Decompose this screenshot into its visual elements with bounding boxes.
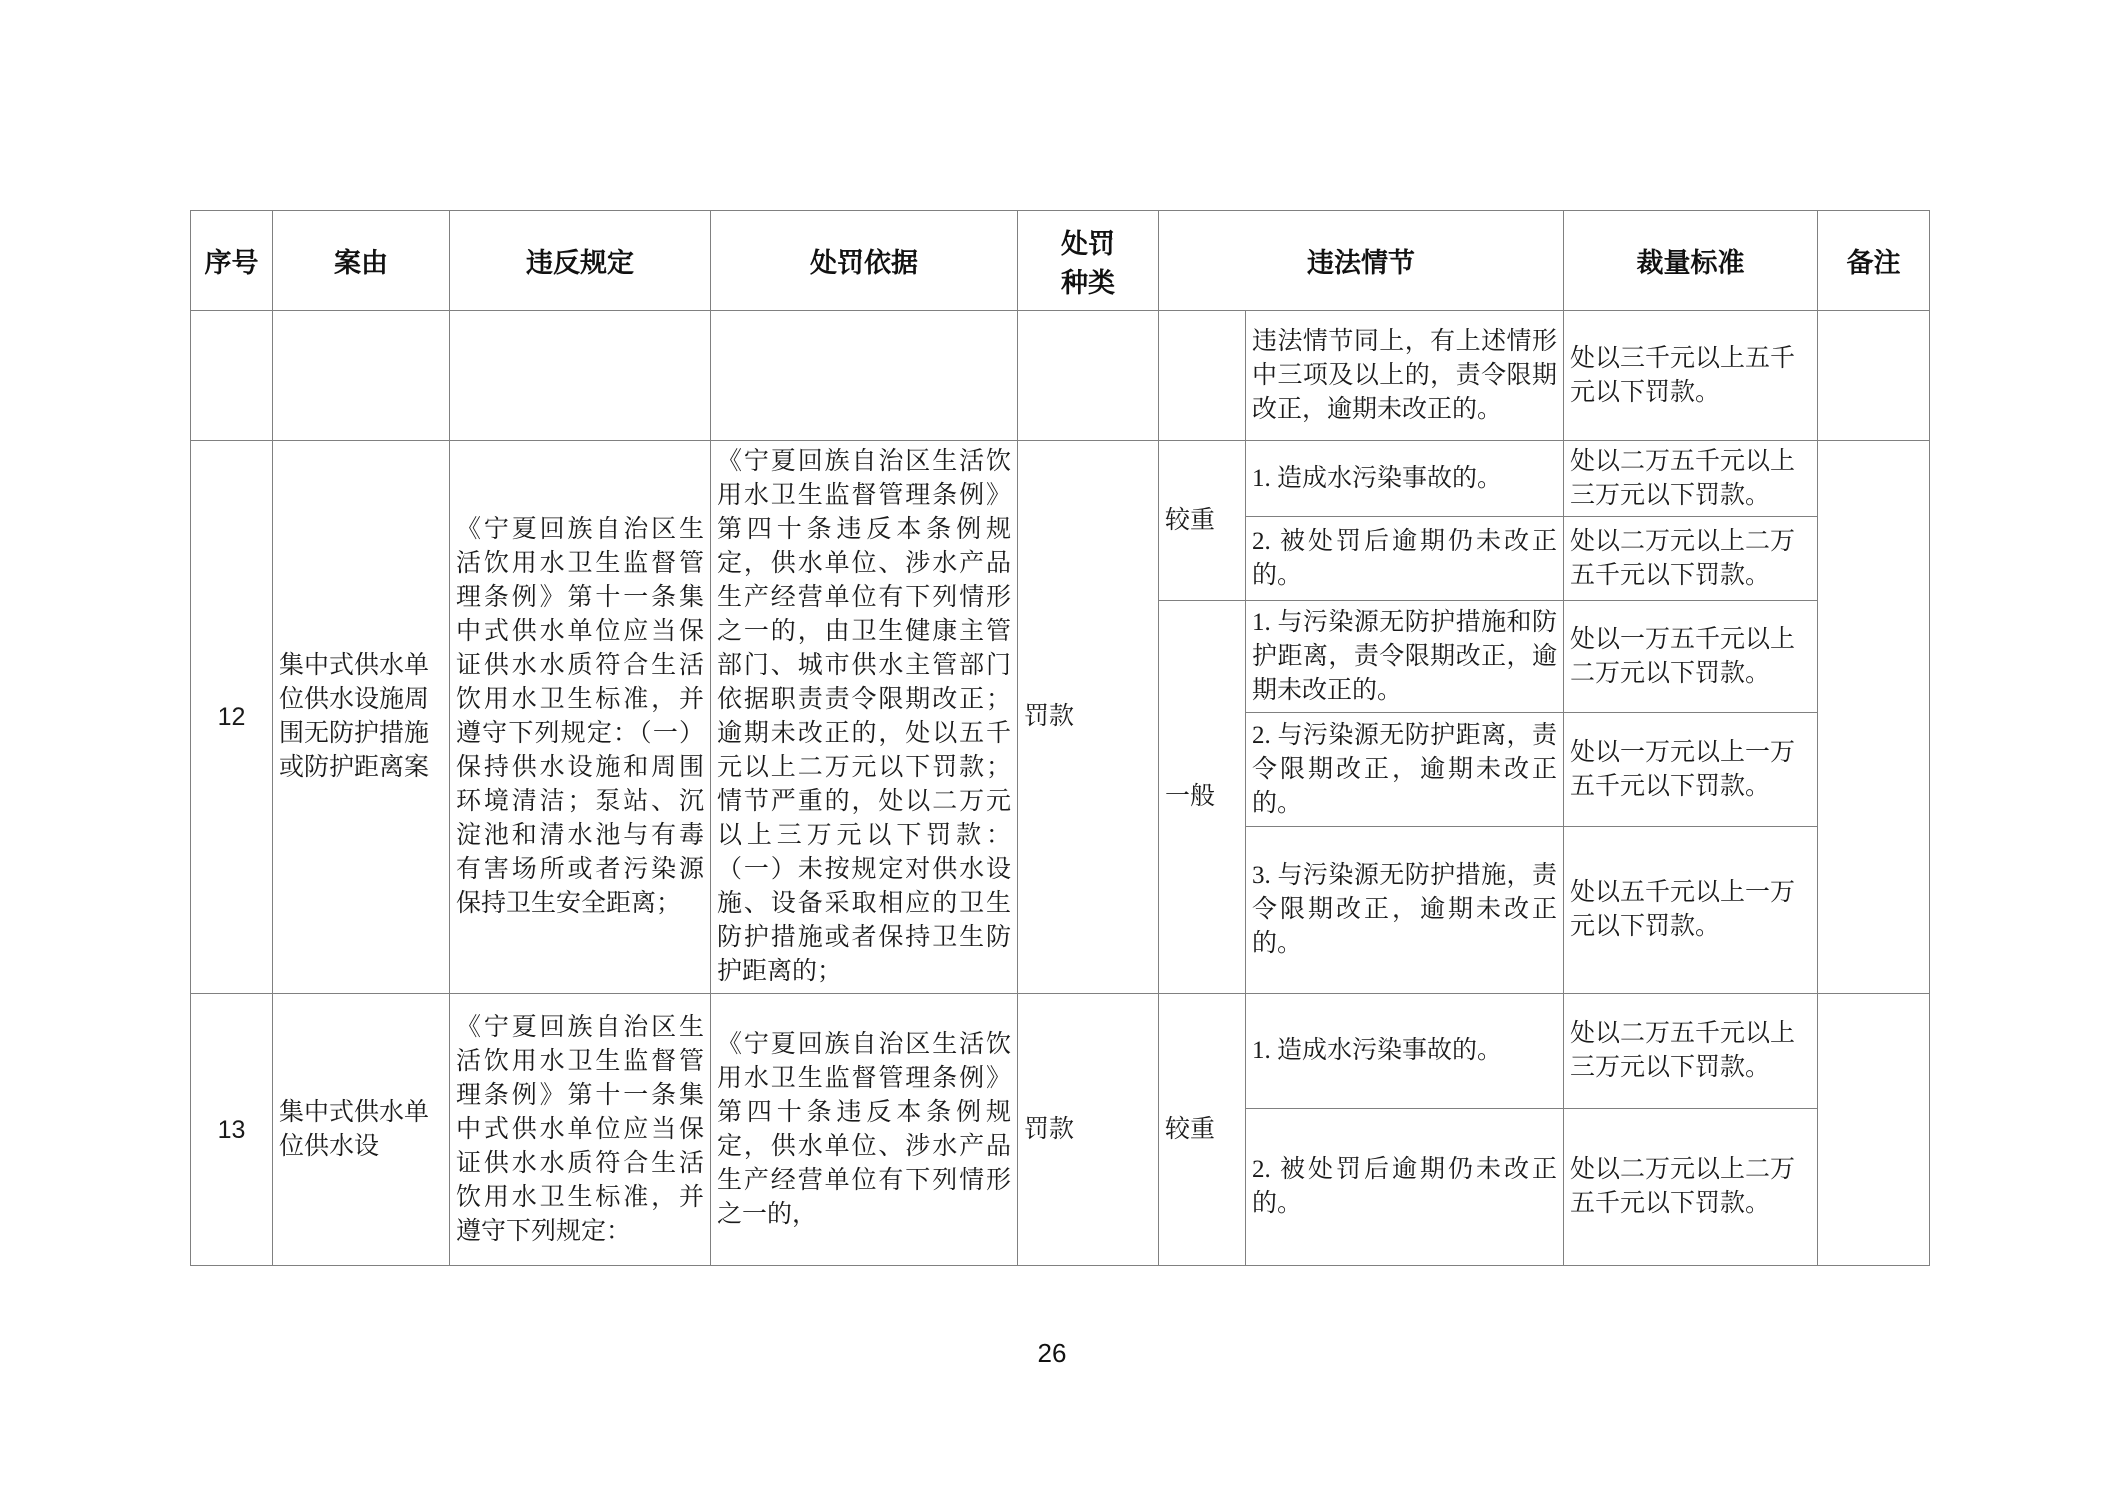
situation-cell: 1. 造成水污染事故的。 xyxy=(1246,994,1564,1109)
page-number: 26 xyxy=(0,1338,2104,1369)
situation-cell: 2. 被处罚后逾期仍未改正的。 xyxy=(1246,1109,1564,1266)
standard-cell: 处以二万元以上二万五千元以下罚款。 xyxy=(1564,517,1818,601)
situation-cell: 1. 造成水污染事故的。 xyxy=(1246,441,1564,517)
document-page: 序号 案由 违反规定 处罚依据 处罚种类 违法情节 裁量标准 备注 违法情节同上… xyxy=(0,0,2104,1488)
remark-cell xyxy=(1818,311,1930,441)
severity-cell: 较重 xyxy=(1159,994,1246,1266)
standard-cell: 处以二万元以上二万五千元以下罚款。 xyxy=(1564,1109,1818,1266)
violation-cell: 《宁夏回族自治区生活饮用水卫生监督管理条例》第十一条集中式供水单位应当保证供水水… xyxy=(450,441,711,994)
severity-cell: 较重 xyxy=(1159,441,1246,601)
standard-cell: 处以三千元以上五千元以下罚款。 xyxy=(1564,311,1818,441)
standard-cell: 处以一万元以上一万五千元以下罚款。 xyxy=(1564,713,1818,827)
header-basis: 处罚依据 xyxy=(711,211,1018,311)
remark-cell xyxy=(1818,994,1930,1266)
table-row: 12 集中式供水单位供水设施周围无防护措施或防护距离案 《宁夏回族自治区生活饮用… xyxy=(191,441,1930,517)
cause-cell: 集中式供水单位供水设施周围无防护措施或防护距离案 xyxy=(273,441,450,994)
standard-cell: 处以二万五千元以上三万元以下罚款。 xyxy=(1564,994,1818,1109)
standard-cell: 处以二万五千元以上三万元以下罚款。 xyxy=(1564,441,1818,517)
basis-cell xyxy=(711,311,1018,441)
severity-cell xyxy=(1159,311,1246,441)
standard-cell: 处以五千元以上一万元以下罚款。 xyxy=(1564,827,1818,994)
situation-cell: 1. 与污染源无防护措施和防护距离，责令限期改正，逾期未改正的。 xyxy=(1246,601,1564,713)
situation-cell: 2. 被处罚后逾期仍未改正的。 xyxy=(1246,517,1564,601)
remark-cell xyxy=(1818,441,1930,994)
penalty-type-cell: 罚款 xyxy=(1018,994,1159,1266)
serial-cell: 12 xyxy=(191,441,273,994)
serial-cell: 13 xyxy=(191,994,273,1266)
header-serial: 序号 xyxy=(191,211,273,311)
situation-cell: 3. 与污染源无防护措施，责令限期改正，逾期未改正的。 xyxy=(1246,827,1564,994)
basis-cell: 《宁夏回族自治区生活饮用水卫生监督管理条例》第四十条违反本条例规定，供水单位、涉… xyxy=(711,994,1018,1266)
header-standard: 裁量标准 xyxy=(1564,211,1818,311)
header-situation: 违法情节 xyxy=(1159,211,1564,311)
header-violation: 违反规定 xyxy=(450,211,711,311)
violation-cell xyxy=(450,311,711,441)
penalty-type-cell xyxy=(1018,311,1159,441)
header-penalty-type: 处罚种类 xyxy=(1018,211,1159,311)
penalty-discretion-table: 序号 案由 违反规定 处罚依据 处罚种类 违法情节 裁量标准 备注 违法情节同上… xyxy=(190,210,1930,1266)
standard-cell: 处以一万五千元以上二万元以下罚款。 xyxy=(1564,601,1818,713)
penalty-type-cell: 罚款 xyxy=(1018,441,1159,994)
cause-cell: 集中式供水单位供水设 xyxy=(273,994,450,1266)
serial-cell xyxy=(191,311,273,441)
cause-cell xyxy=(273,311,450,441)
situation-cell: 2. 与污染源无防护距离，责令限期改正，逾期未改正的。 xyxy=(1246,713,1564,827)
header-row: 序号 案由 违反规定 处罚依据 处罚种类 违法情节 裁量标准 备注 xyxy=(191,211,1930,311)
situation-cell: 违法情节同上，有上述情形中三项及以上的，责令限期改正，逾期未改正的。 xyxy=(1246,311,1564,441)
table-row: 13 集中式供水单位供水设 《宁夏回族自治区生活饮用水卫生监督管理条例》第十一条… xyxy=(191,994,1930,1109)
header-penalty-type-label: 处罚种类 xyxy=(1058,222,1119,300)
severity-cell: 一般 xyxy=(1159,601,1246,994)
violation-cell: 《宁夏回族自治区生活饮用水卫生监督管理条例》第十一条集中式供水单位应当保证供水水… xyxy=(450,994,711,1266)
header-cause: 案由 xyxy=(273,211,450,311)
carryover-row: 违法情节同上，有上述情形中三项及以上的，责令限期改正，逾期未改正的。 处以三千元… xyxy=(191,311,1930,441)
header-remark: 备注 xyxy=(1818,211,1930,311)
basis-cell: 《宁夏回族自治区生活饮用水卫生监督管理条例》第四十条违反本条例规定，供水单位、涉… xyxy=(711,441,1018,994)
